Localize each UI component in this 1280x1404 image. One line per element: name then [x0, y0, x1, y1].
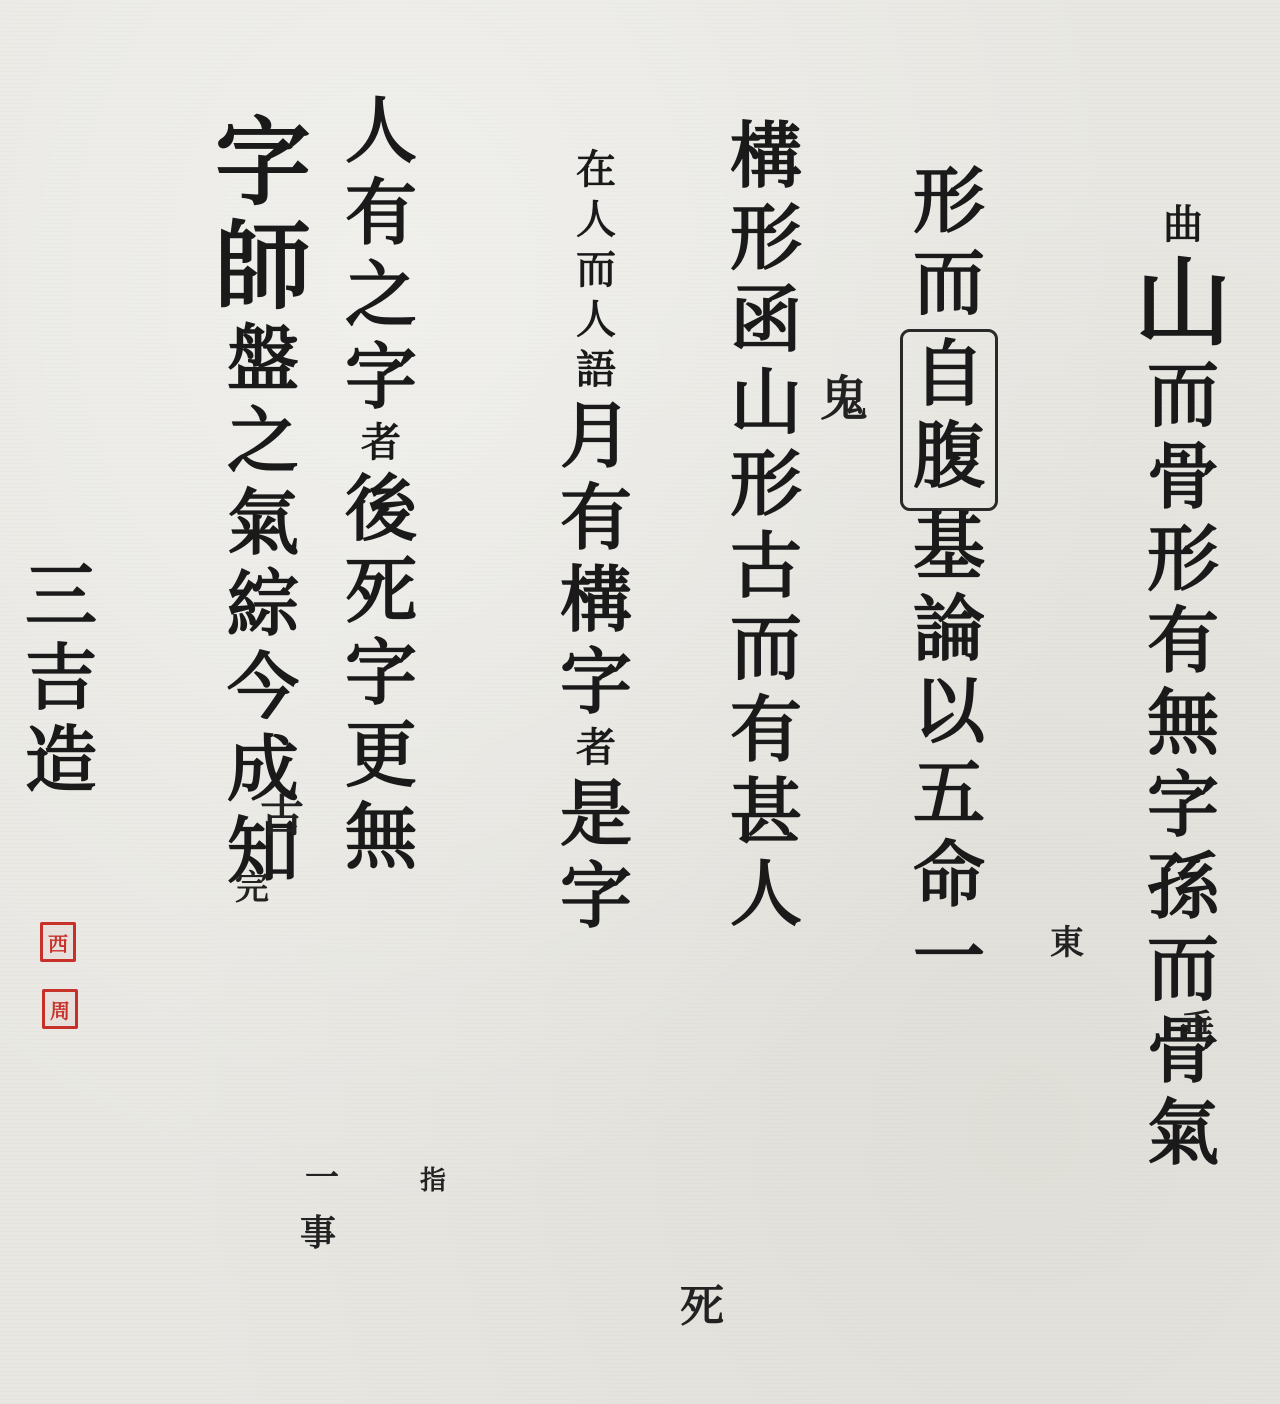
glyph: 形: [730, 202, 802, 274]
calligraphy-column-5: 人 有 之 字 者 後 死 字 更 無: [345, 95, 417, 883]
glyph: 之: [345, 259, 417, 331]
glyph: 人: [730, 858, 802, 930]
glyph: 甚: [730, 776, 802, 848]
glyph: 五: [913, 757, 985, 829]
glyph: 人: [576, 200, 616, 240]
glyph: 者: [361, 423, 401, 463]
glyph: 自: [913, 338, 985, 410]
glyph: 構: [730, 120, 802, 192]
glyph: 之: [227, 405, 299, 477]
glyph: 死: [680, 1270, 724, 1334]
glyph: 綜: [227, 569, 299, 641]
glyph: 是: [560, 778, 632, 850]
glyph: 古: [730, 530, 802, 602]
glyph: 骨: [1147, 441, 1219, 513]
glyph: 在: [576, 150, 616, 190]
glyph: 形: [730, 448, 802, 520]
calligraphy-paper: 曲 山 而 骨 形 有 無 字 孫 而 骨 氣 形 而 自 腹 基 論 以 五 …: [0, 0, 1280, 1404]
glyph: 論: [913, 593, 985, 665]
glyph: 腹: [913, 420, 985, 492]
glyph: 吉: [25, 642, 97, 714]
glyph: 師: [215, 219, 311, 315]
glyph: 字: [345, 341, 417, 413]
glyph: 指: [420, 1160, 446, 1197]
red-seal-stamp: 周: [42, 989, 78, 1029]
glyph: 而: [1147, 933, 1219, 1005]
glyph: 東: [1050, 915, 1084, 964]
glyph: 人: [345, 95, 417, 167]
glyph: 字: [345, 637, 417, 709]
glyph: 孫: [1147, 851, 1219, 923]
glyph: 構: [560, 564, 632, 636]
glyph: 垂: [1180, 1000, 1214, 1049]
glyph: 者: [576, 728, 616, 768]
glyph: 而: [1147, 359, 1219, 431]
artist-signature: 三 吉 造: [25, 560, 97, 806]
glyph: 更: [345, 719, 417, 791]
boxed-glyph-group: 自 腹: [900, 329, 998, 511]
glyph: 人: [576, 300, 616, 340]
glyph: 月: [560, 400, 632, 472]
glyph: 函: [730, 284, 802, 356]
glyph: 造: [25, 724, 97, 796]
glyph: 以: [913, 675, 985, 747]
calligraphy-column-2: 形 而 自 腹 基 論 以 五 命 一: [900, 165, 998, 1003]
glyph: 字: [560, 646, 632, 718]
glyph: 基: [913, 511, 985, 583]
glyph: 形: [913, 165, 985, 237]
glyph: 字: [215, 115, 311, 211]
glyph: 無: [1147, 687, 1219, 759]
glyph: 後: [345, 473, 417, 545]
glyph: 氣: [1147, 1097, 1219, 1169]
glyph: 有: [560, 482, 632, 554]
glyph: 一: [305, 1150, 339, 1199]
glyph: 古: [260, 780, 304, 844]
glyph: 命: [913, 839, 985, 911]
glyph: 山: [730, 366, 802, 438]
glyph: 有: [730, 694, 802, 766]
glyph: 事: [300, 1205, 336, 1256]
calligraphy-column-4: 在 人 而 人 語 月 有 構 字 者 是 字: [560, 150, 632, 942]
glyph: 語: [576, 350, 616, 390]
glyph: 形: [1147, 523, 1219, 595]
glyph: 有: [345, 177, 417, 249]
glyph: 字: [1147, 769, 1219, 841]
glyph: 死: [345, 555, 417, 627]
glyph: 今: [227, 651, 299, 723]
glyph: 曲: [1163, 205, 1203, 245]
calligraphy-column-3: 構 形 函 山 形 古 而 有 甚 人: [730, 120, 802, 940]
glyph: 字: [560, 860, 632, 932]
glyph: 而: [913, 247, 985, 319]
glyph: 完: [235, 860, 269, 909]
glyph: 氣: [227, 487, 299, 559]
glyph: 有: [1147, 605, 1219, 677]
glyph: 無: [345, 801, 417, 873]
glyph: 而: [730, 612, 802, 684]
glyph: 山: [1135, 255, 1231, 351]
red-seal-stamp: 西: [40, 922, 76, 962]
glyph: 鬼: [820, 360, 868, 429]
glyph: 而: [576, 250, 616, 290]
glyph: 三: [25, 560, 97, 632]
glyph: 一: [913, 921, 985, 993]
glyph: 盤: [227, 323, 299, 395]
